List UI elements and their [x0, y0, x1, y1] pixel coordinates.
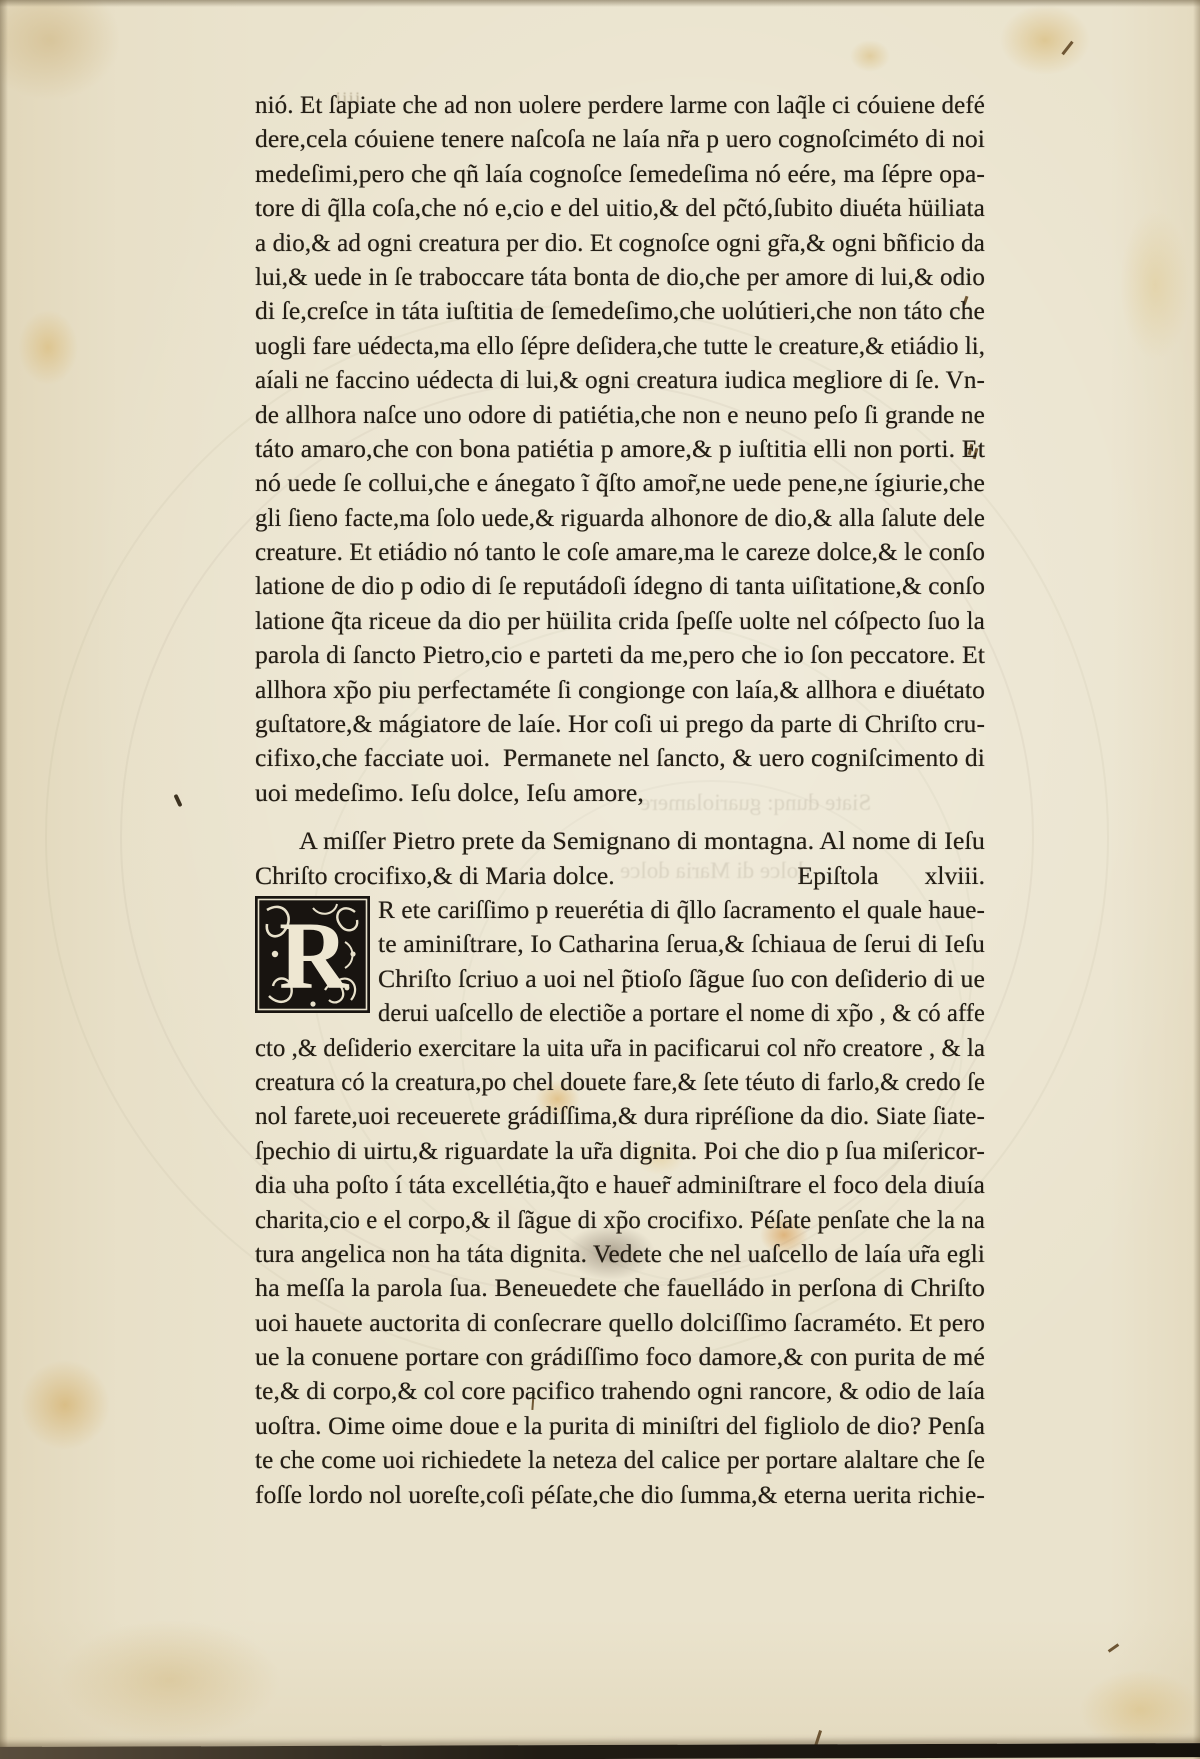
text-line-content: allhora xp̃o piu perfectaméte ſi congion…	[255, 673, 985, 707]
text-line: dia uha poſto í táta excellétia,q̃to e h…	[255, 1168, 985, 1202]
stain	[1120, 210, 1190, 360]
text-line-content: creature. Et etiádio nó tanto le coſe am…	[255, 535, 985, 569]
stain	[850, 40, 890, 72]
text-line: te,& di corpo,& col core pacifico trahen…	[255, 1374, 985, 1408]
text-line-content: dia uha poſto í táta excellétia,q̃to e h…	[255, 1168, 985, 1202]
text-line-content: te che come uoi richiedete la neteza del…	[255, 1443, 985, 1477]
page-edge-right	[1193, 0, 1200, 1759]
initial-letter-glyph: R	[279, 902, 350, 1009]
text-line: a dio,& ad ogni creatura per dio. Et cog…	[255, 226, 985, 260]
text-line: gli ſieno facte,ma ſolo uede,& riguarda …	[255, 501, 985, 535]
epistola-number: xlviii.	[925, 859, 985, 893]
text-line: cifixo,che facciate uoi. Permanete nel ſ…	[255, 741, 985, 775]
text-line: foſſe lordo nol uoreſte,coſi péſate,che …	[255, 1478, 985, 1512]
text-line: allhora xp̃o piu perfectaméte ſi congion…	[255, 673, 985, 707]
heading-line: Chriſto crocifixo,& di Maria dolce. Epiſ…	[255, 859, 985, 893]
text-line-content: nol farete,uoi receuerete grádiſſima,& d…	[255, 1099, 985, 1133]
text-line: uoi medeſimo. Ieſu dolce, Ieſu amore,	[255, 776, 985, 810]
text-line: nió. Et ſapiate che ad non uolere perder…	[255, 88, 985, 122]
heading-text: A miſſer Pietro prete da Semignano di mo…	[299, 824, 985, 858]
epistola-label: Epiſtola	[798, 859, 879, 893]
text-line-content: foſſe lordo nol uoreſte,coſi péſate,che …	[255, 1478, 985, 1512]
stain	[18, 310, 78, 385]
text-line-content: te,& di corpo,& col core pacifico trahen…	[255, 1374, 985, 1408]
text-line: aíali ne faccino uédecta di lui,& ogni c…	[255, 363, 985, 397]
ink-mark	[173, 794, 182, 807]
text-line: guſtatore,& mágiatore de laíe. Hor coſi …	[255, 707, 985, 741]
text-line: ſpechio di uirtu,& riguardate la ur̃a di…	[255, 1134, 985, 1168]
text-line-content: uoi medeſimo. Ieſu dolce, Ieſu amore,	[255, 776, 644, 810]
text-line: uoi hauete auctorita di conſecrare quell…	[255, 1306, 985, 1340]
pen-mark	[1108, 1643, 1120, 1652]
text-line-content: R ete cariſſimo p reuerétia di q̃llo ſac…	[378, 893, 985, 927]
text-line: te che come uoi richiedete la neteza del…	[255, 1443, 985, 1477]
text-line-content: Chriſto ſcriuo a uoi nel p̃tioſo ſãgue ſ…	[378, 962, 985, 996]
text-line: charita,cio e el corpo,& il ſãgue di xp̃…	[255, 1203, 985, 1237]
text-line: ha meſſa la parola ſua. Beneuedete che f…	[255, 1271, 985, 1305]
text-line: latione de dio p odio di ſe reputádoſi í…	[255, 569, 985, 603]
text-line: creature. Et etiádio nó tanto le coſe am…	[255, 535, 985, 569]
letter-heading: A miſſer Pietro prete da Semignano di mo…	[255, 824, 985, 893]
text-line: ue la conuene portare con grádiſſimo foc…	[255, 1340, 985, 1374]
text-line-content: dere,cela cóuiene tenere naſcoſa ne laía…	[255, 122, 985, 156]
text-line: táto amaro,che con bona patiétia p amore…	[255, 432, 985, 466]
text-line: di ſe,creſce in táta iuſtitia de ſemedeſ…	[255, 294, 985, 328]
text-line-content: tura angelica non ha táta dignita. Vedet…	[255, 1237, 985, 1271]
text-line-content: latione q̃ta riceue da dio per hüilita c…	[255, 604, 985, 638]
text-line-content: ſpechio di uirtu,& riguardate la ur̃a di…	[255, 1134, 985, 1168]
text-line-content: tore di q̃lla coſa,che nó e,cio e del ui…	[255, 191, 985, 225]
text-line-content: creatura có la creatura,po chel douete f…	[255, 1065, 985, 1099]
book-page-scan: .iiii. Siate dunq: guariolamere dolce di…	[0, 0, 1200, 1759]
text-line: parola di ſancto Pietro,cio e parteti da…	[255, 638, 985, 672]
text-line-content: táto amaro,che con bona patiétia p amore…	[255, 432, 985, 466]
stain	[0, 0, 120, 100]
text-block: nió. Et ſapiate che ad non uolere perder…	[255, 88, 985, 1512]
letter-body: R R ete cariſſimo p reuerétia di q̃llo ſ…	[255, 893, 985, 1512]
text-line: lui,& uede in ſe traboccare táta bonta d…	[255, 260, 985, 294]
text-line: uoſtra. Oime oime doue e la purita di mi…	[255, 1409, 985, 1443]
text-line: dere,cela cóuiene tenere naſcoſa ne laía…	[255, 122, 985, 156]
text-line-content: parola di ſancto Pietro,cio e parteti da…	[255, 638, 985, 672]
closing-paragraph: nió. Et ſapiate che ad non uolere perder…	[255, 88, 985, 810]
text-line: creatura có la creatura,po chel douete f…	[255, 1065, 985, 1099]
text-line-content: guſtatore,& mágiatore de laíe. Hor coſi …	[255, 707, 985, 741]
text-line-content: te aminiſtrare, Io Catharina ſerua,& ſch…	[378, 927, 985, 961]
text-line-content: aíali ne faccino uédecta di lui,& ogni c…	[255, 363, 985, 397]
heading-line: A miſſer Pietro prete da Semignano di mo…	[255, 824, 985, 858]
pen-mark	[1061, 41, 1073, 55]
text-line: latione q̃ta riceue da dio per hüilita c…	[255, 604, 985, 638]
text-line: nol farete,uoi receuerete grádiſſima,& d…	[255, 1099, 985, 1133]
text-line: cto ,& deſiderio exercitare la uita ur̃a…	[255, 1031, 985, 1065]
text-line-content: cto ,& deſiderio exercitare la uita ur̃a…	[255, 1031, 985, 1065]
text-line-content: di ſe,creſce in táta iuſtitia de ſemedeſ…	[255, 294, 985, 328]
text-line-content: uoi hauete auctorita di conſecrare quell…	[255, 1306, 985, 1340]
text-line-content: uoſtra. Oime oime doue e la purita di mi…	[255, 1409, 985, 1443]
text-line-content: ue la conuene portare con grádiſſimo foc…	[255, 1340, 985, 1374]
text-line-content: a dio,& ad ogni creatura per dio. Et cog…	[255, 226, 985, 260]
woodcut-initial-R: R	[255, 896, 370, 1013]
text-line-content: uogli fare uédecta,ma ello ſépre deſider…	[255, 329, 985, 363]
text-line-content: nió. Et ſapiate che ad non uolere perder…	[255, 88, 985, 122]
stain	[20, 1360, 110, 1450]
text-line: uogli fare uédecta,ma ello ſépre deſider…	[255, 329, 985, 363]
page-edge-bottom	[0, 1743, 1200, 1759]
text-line-content: latione de dio p odio di ſe reputádoſi í…	[255, 569, 985, 603]
text-line-content: nó uede ſe collui,che e ánegato ĩ q̃ſto …	[255, 466, 985, 500]
letter-full-lines: cto ,& deſiderio exercitare la uita ur̃a…	[255, 1031, 985, 1512]
text-line-content: medeſimi,pero che qñ laía cognoſce ſemed…	[255, 157, 985, 191]
stain	[1000, 5, 1090, 75]
text-line-content: ha meſſa la parola ſua. Beneuedete che f…	[255, 1271, 985, 1305]
stain	[60, 1620, 280, 1740]
page-edge-left	[0, 0, 8, 1759]
text-line: tura angelica non ha táta dignita. Vedet…	[255, 1237, 985, 1271]
text-line-content: derui uaſcello de electiõe a portare el …	[378, 996, 985, 1030]
text-line-content: gli ſieno facte,ma ſolo uede,& riguarda …	[255, 501, 985, 535]
page-edge-top	[0, 0, 1200, 7]
stain	[1080, 1670, 1200, 1750]
text-line: tore di q̃lla coſa,che nó e,cio e del ui…	[255, 191, 985, 225]
text-line-content: lui,& uede in ſe traboccare táta bonta d…	[255, 260, 985, 294]
text-line-content: de allhora naſce uno odore di patiétia,c…	[255, 398, 985, 432]
text-line-content: cifixo,che facciate uoi. Permanete nel ſ…	[255, 741, 985, 775]
text-line: medeſimi,pero che qñ laía cognoſce ſemed…	[255, 157, 985, 191]
text-line: nó uede ſe collui,che e ánegato ĩ q̃ſto …	[255, 466, 985, 500]
heading-text: Chriſto crocifixo,& di Maria dolce.	[255, 859, 615, 893]
text-line-content: charita,cio e el corpo,& il ſãgue di xp̃…	[255, 1203, 985, 1237]
text-line: de allhora naſce uno odore di patiétia,c…	[255, 398, 985, 432]
